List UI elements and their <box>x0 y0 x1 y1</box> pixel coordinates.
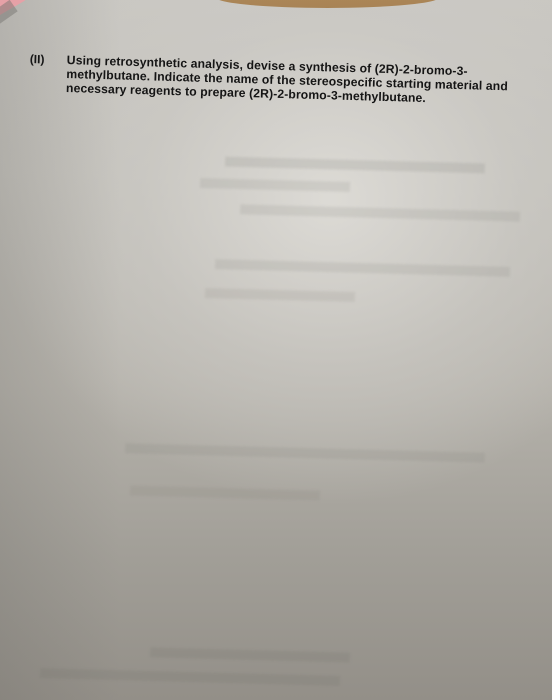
paper-shadow <box>0 0 120 700</box>
question-number: (II) <box>30 52 45 66</box>
